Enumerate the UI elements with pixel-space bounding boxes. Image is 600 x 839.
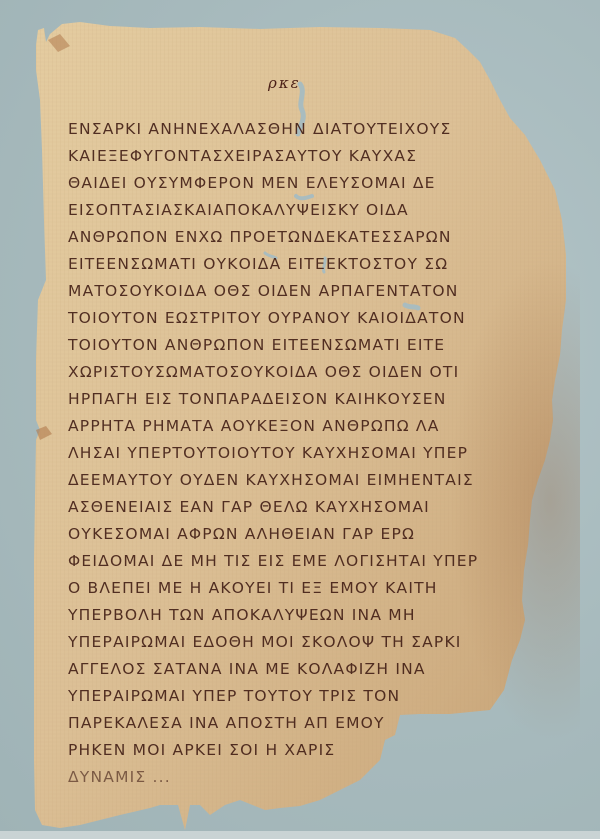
text-line: ειτεενσωματι ουκοιδα ειτεεκτοστου σω bbox=[68, 255, 448, 273]
text-line: λησαι υπερτουτοιουτου καυχησομαι υπερ bbox=[68, 444, 468, 462]
text-line: θαιδει ουσυμφερον μεν ελευσομαι δε bbox=[68, 174, 436, 192]
text-line: καιεξεφυγοντασχειρασαυτου καυχασ bbox=[68, 147, 417, 165]
text-line: ενσαρκι ανηνεχαλασθην διατουτειχους bbox=[68, 120, 451, 138]
text-line: υπεραιρωμαι εδοθη μοι σκολοψ τη σαρκι bbox=[68, 633, 462, 651]
text-line: τοιουτον εωστριτου ουρανου καιοιδατον bbox=[68, 309, 466, 327]
crack bbox=[405, 305, 418, 308]
text-line: υπερβολη των αποκαλυψεων ινα μη bbox=[68, 606, 416, 624]
text-line: παρεκαλεσα ινα αποστη απ εμου bbox=[68, 714, 385, 732]
text-line: δεεμαυτου ουδεν καυχησομαι ειμηενταισ bbox=[68, 471, 474, 489]
text-line: ουκεσομαι αφρων αληθειαν γαρ ερω bbox=[68, 525, 415, 543]
text-line: εισοπτασιασκαιαποκαλυψεισκυ οιδα bbox=[68, 201, 409, 219]
text-line: ηρπαγη εισ τονπαραδεισον καιηκουσεν bbox=[68, 390, 447, 408]
text-line: δυναμισ ... bbox=[68, 768, 171, 786]
text-line: υπεραιρωμαι υπερ τουτου τρισ τον bbox=[68, 687, 400, 705]
text-line: ασθενειαισ εαν γαρ θελω καυχησομαι bbox=[68, 498, 430, 516]
text-line: αγγελοσ σατανα ινα με κολαφιζη ινα bbox=[68, 660, 426, 678]
text-line: φειδομαι δε μη τισ εισ εμε λογισηται υπε… bbox=[68, 552, 478, 570]
text-line: ο βλεπει με η ακουει τι εξ εμου καιτη bbox=[68, 579, 438, 597]
text-line: χωριστουσωματοσουκοιδα οθσ οιδεν οτι bbox=[68, 363, 459, 381]
text-line: ρηκεν μοι αρκει σοι η χαρισ bbox=[68, 741, 335, 759]
photo-bottom-border bbox=[0, 831, 600, 839]
crack bbox=[296, 196, 312, 198]
page-number: ρκε bbox=[268, 74, 301, 92]
text-line: τοιουτον ανθρωπον ειτεενσωματι ειτε bbox=[68, 336, 445, 354]
text-line: αρρητα ρηματα αουκεξον ανθρωπω λα bbox=[68, 417, 440, 435]
text-line: ματοσουκοιδα οθσ οιδεν αρπαγεντατον bbox=[68, 282, 459, 300]
text-line: ανθρωπον ενχω προετωνδεκατεσσαρων bbox=[68, 228, 452, 246]
